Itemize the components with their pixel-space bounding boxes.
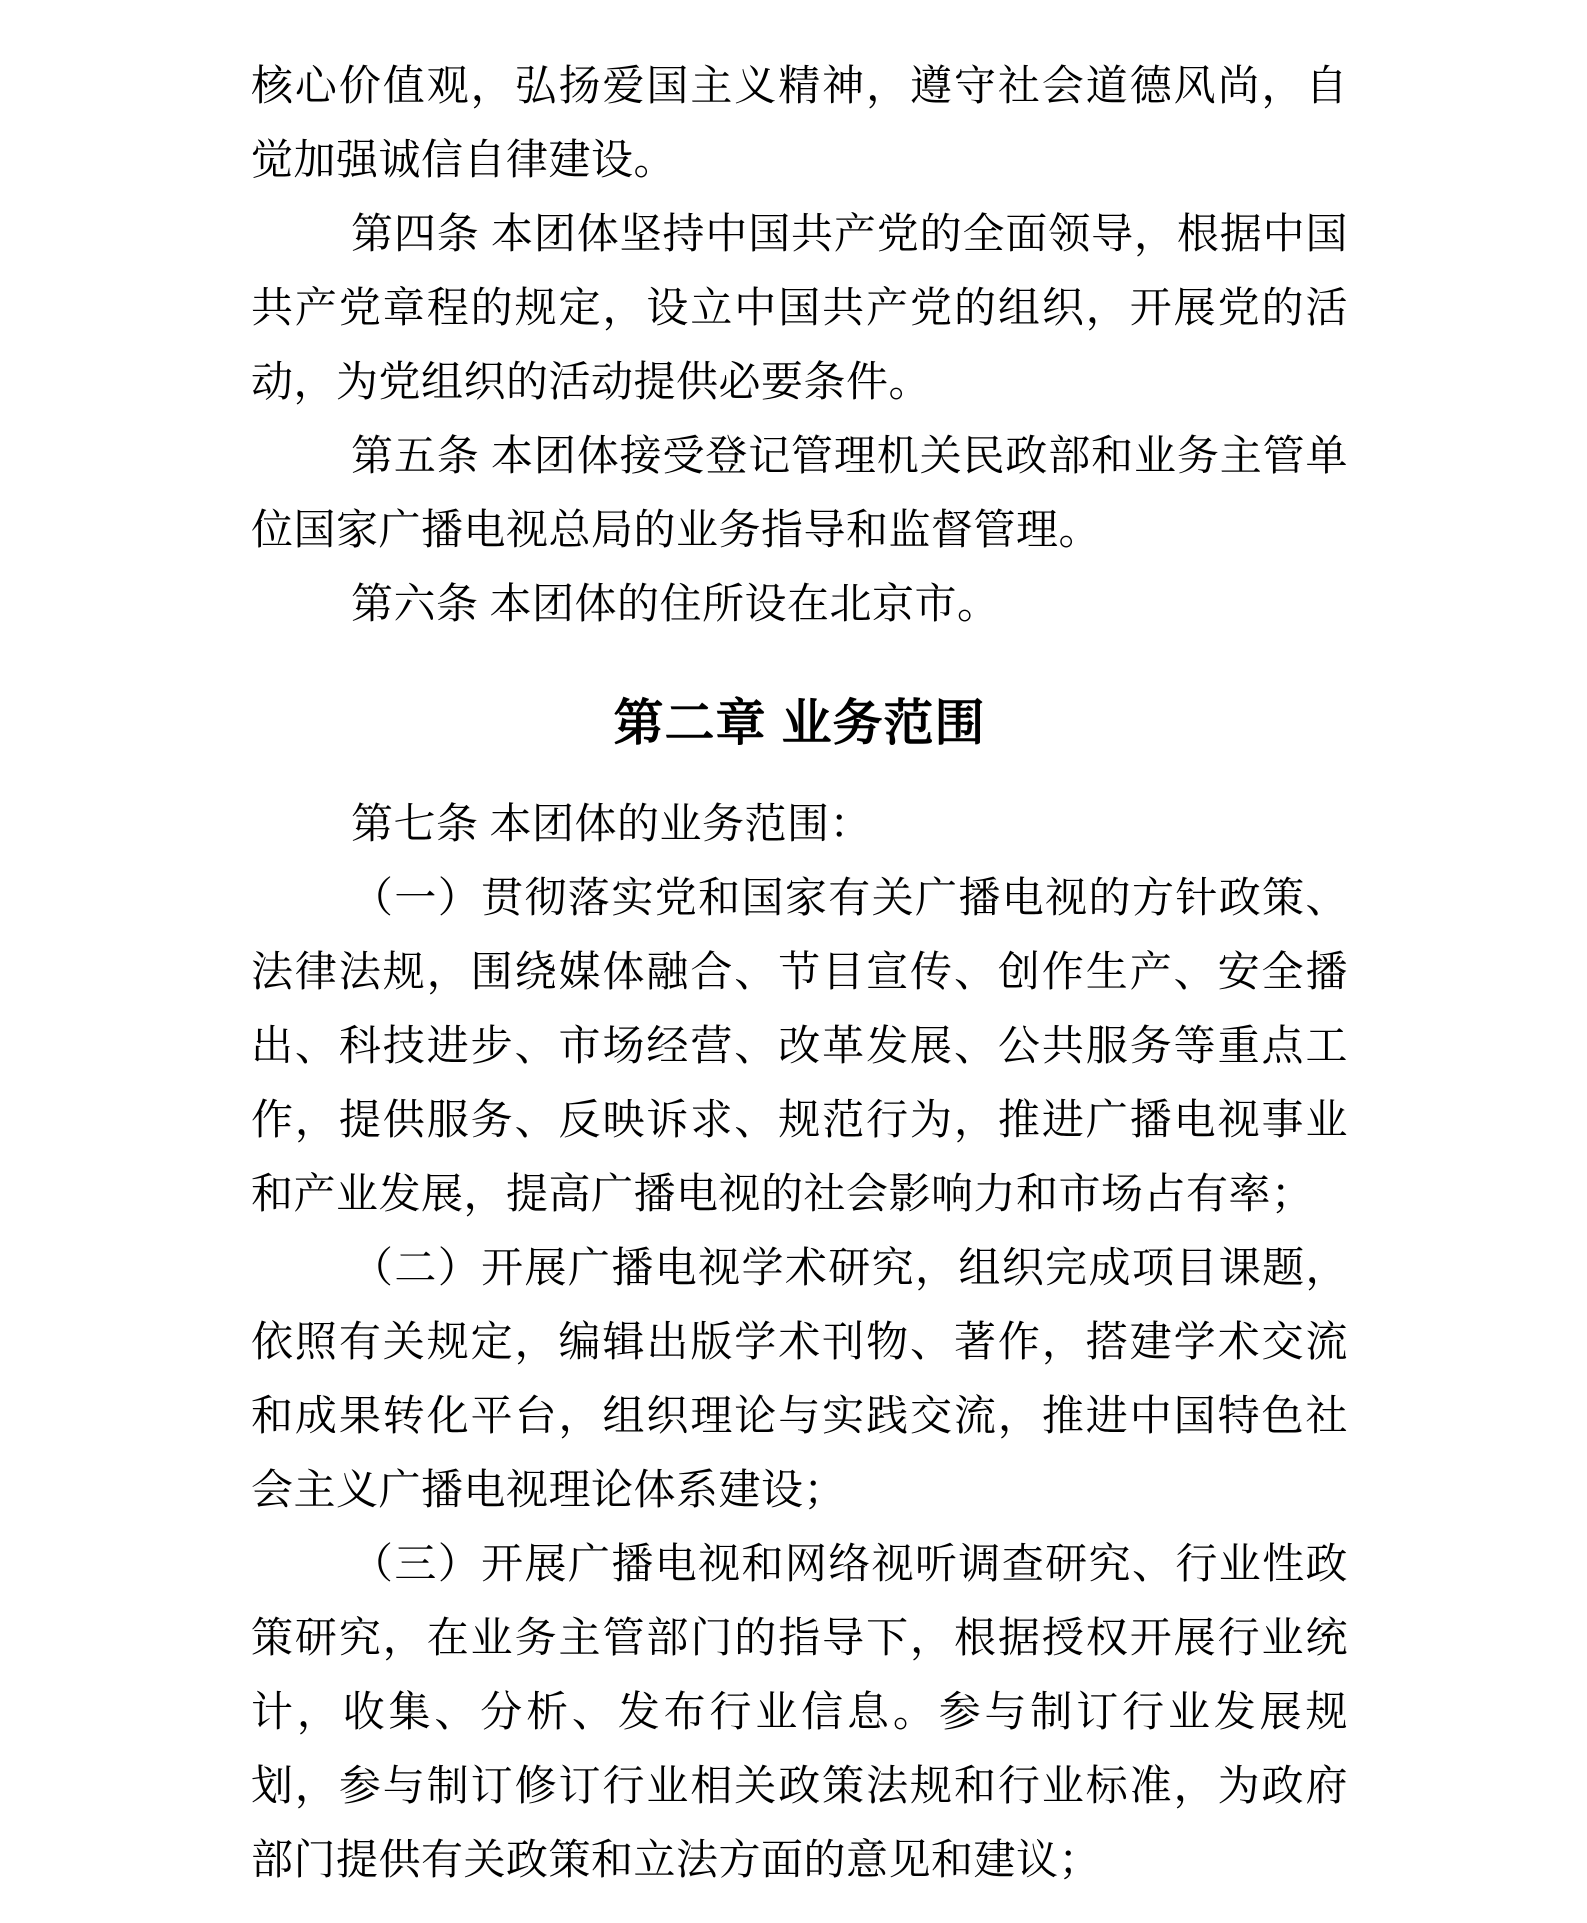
document-content: 核心价值观，弘扬爱国主义精神，遵守社会道德风尚，自觉加强诚信自律建设。 第四条 … <box>0 0 1587 1923</box>
paragraph-scope-item-1: （一）贯彻落实党和国家有关广播电视的方针政策、法律法规，围绕媒体融合、节目宣传、… <box>251 862 1348 1232</box>
chapter-2-heading: 第二章 业务范围 <box>251 686 1348 760</box>
paragraph-scope-item-3: （三）开展广播电视和网络视听调查研究、行业性政策研究，在业务主管部门的指导下，根… <box>251 1528 1348 1898</box>
paragraph-article-4: 第四条 本团体坚持中国共产党的全面领导，根据中国共产党章程的规定，设立中国共产党… <box>251 198 1348 420</box>
document-page: 核心价值观，弘扬爱国主义精神，遵守社会道德风尚，自觉加强诚信自律建设。 第四条 … <box>0 0 1587 1923</box>
paragraph-continuation: 核心价值观，弘扬爱国主义精神，遵守社会道德风尚，自觉加强诚信自律建设。 <box>251 50 1348 198</box>
paragraph-article-5: 第五条 本团体接受登记管理机关民政部和业务主管单位国家广播电视总局的业务指导和监… <box>251 420 1348 568</box>
paragraph-article-6: 第六条 本团体的住所设在北京市。 <box>251 568 1348 642</box>
paragraph-article-7: 第七条 本团体的业务范围： <box>251 788 1348 862</box>
paragraph-scope-item-2: （二）开展广播电视学术研究，组织完成项目课题，依照有关规定，编辑出版学术刊物、著… <box>251 1232 1348 1528</box>
